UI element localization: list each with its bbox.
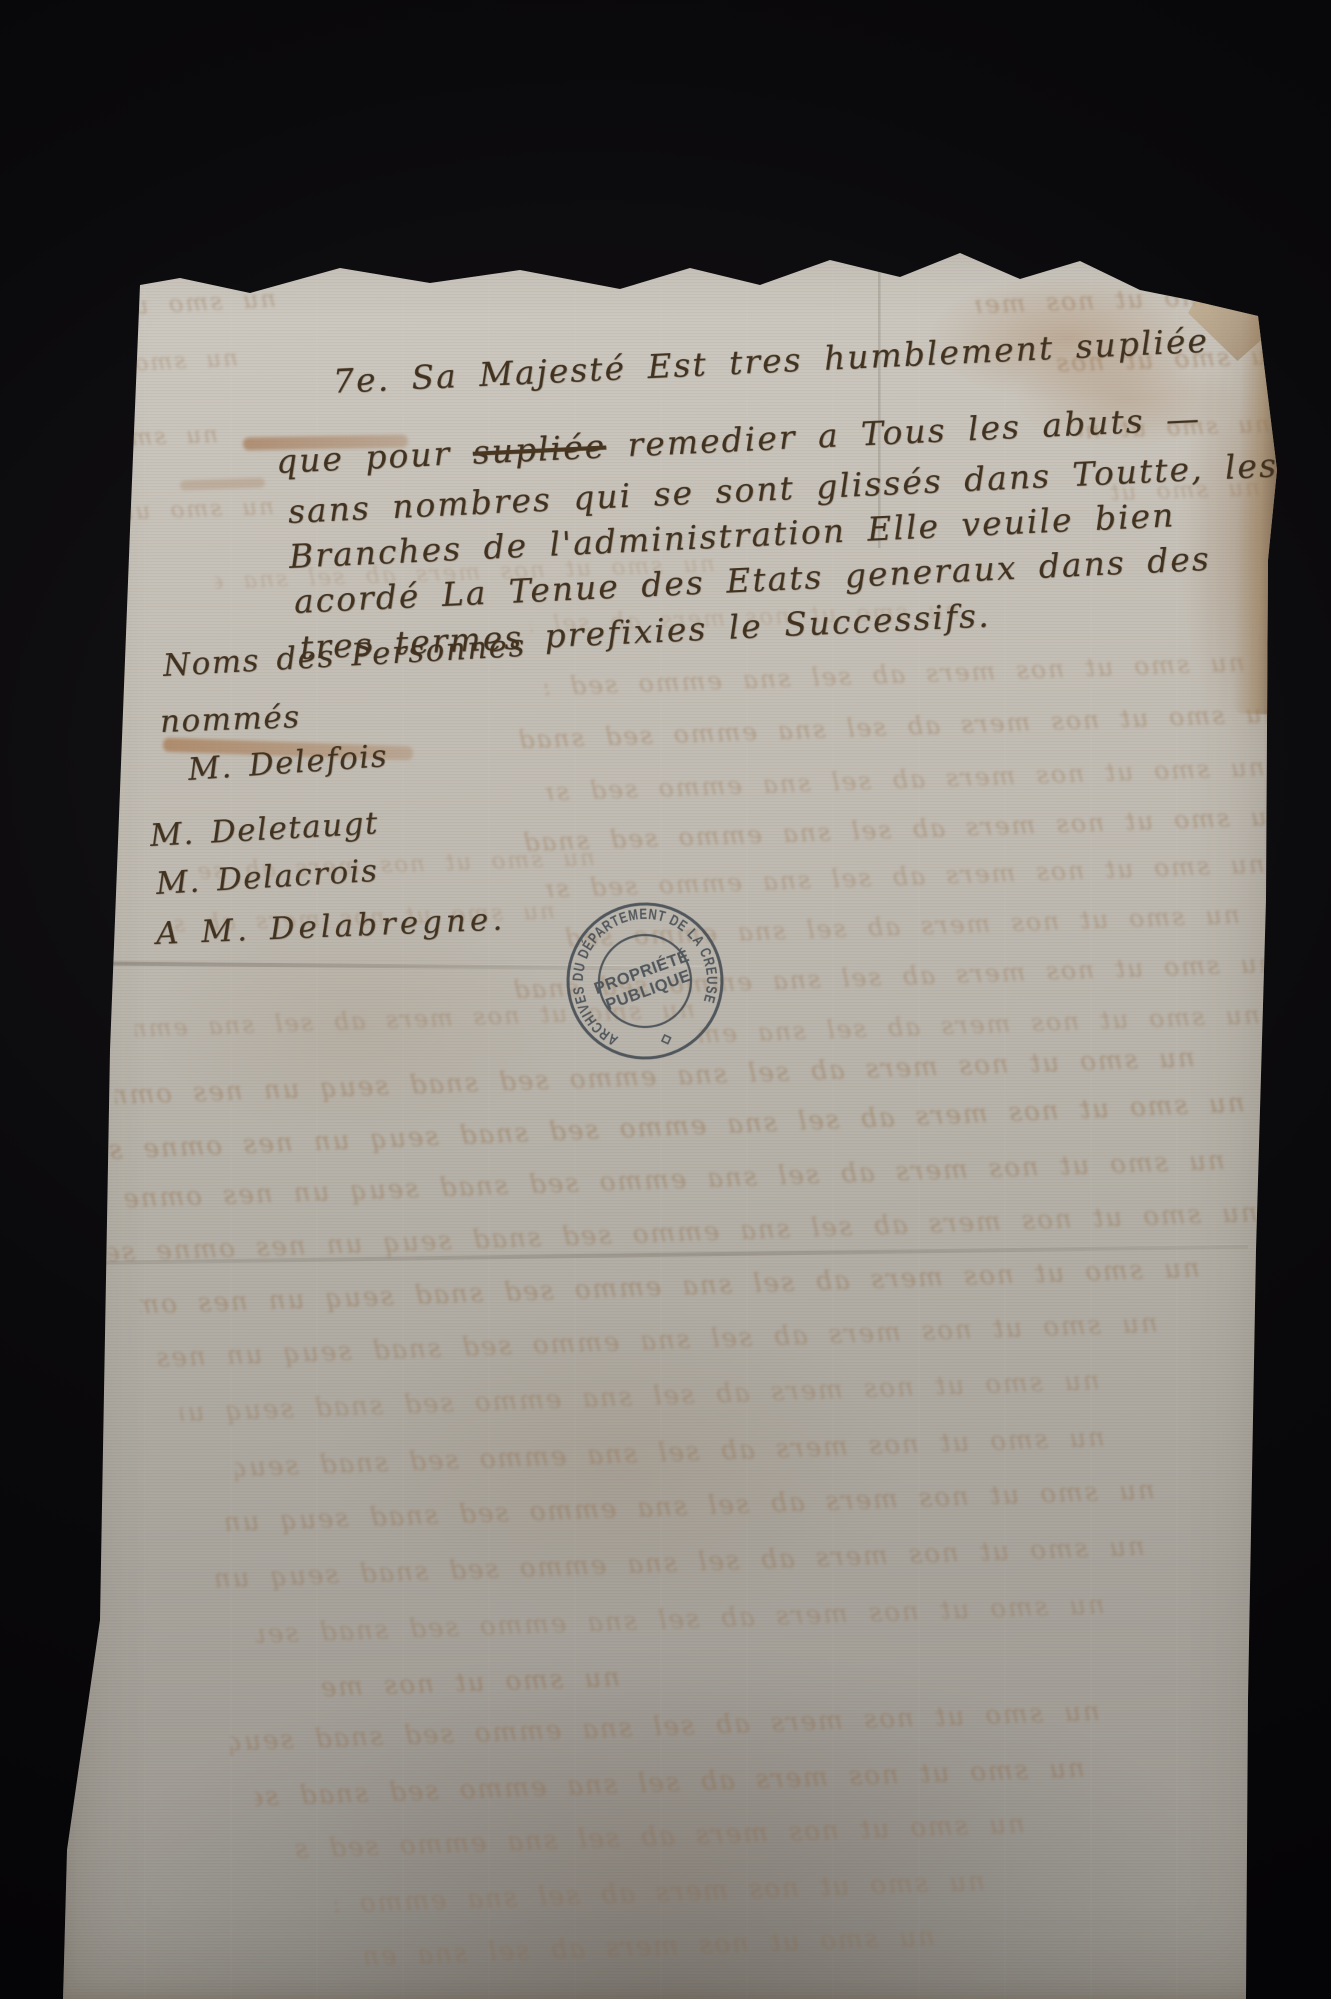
bleedthrough-line: nu smo ut nos mers ab sel sna emmo sed s… bbox=[125, 1146, 1225, 1217]
archive-stamp: ARCHIVES DU DÉPARTEMENT DE LA CREUSE PRO… bbox=[530, 866, 761, 1097]
manuscript-page: nu smo ut nos mers abnu smo ut nos mers … bbox=[58, 226, 1280, 1999]
bleedthrough-line: nu smo ut nos mers ab sel sna bbox=[975, 280, 1276, 322]
bleedthrough-line: nu smo ut nos mers ab sel sna emmo sed s… bbox=[235, 1423, 1106, 1486]
bleedthrough-line: nu smo ut nos mers ab sel sna emmo sed s… bbox=[520, 699, 1281, 757]
bleedthrough-line: nu smo ut nos mers ab sel sna emmo sed s… bbox=[545, 752, 1266, 808]
name-entry: M. Delefois bbox=[187, 738, 389, 788]
bleedthrough-line: nu smo ut nos mers ab sel sna emmo sed s… bbox=[140, 1254, 1200, 1323]
bleedthrough-line: nu smo ut nos mers ab sel sna emmo sed s… bbox=[215, 1532, 1146, 1597]
bleedthrough-line: nu smo ut nos mers ab sel sna emmo sed s… bbox=[158, 1309, 1159, 1376]
bleedthrough-line: nu smo ut nos mers ab sel sna emmo sed s… bbox=[515, 802, 1286, 860]
right-edge-fold bbox=[1233, 304, 1286, 715]
bleedthrough-line: nu smo ut nos mers ab sel sn bbox=[320, 1663, 621, 1706]
petition-line-1: 7e. Sa Majesté Est tres humblement supli… bbox=[332, 321, 1210, 401]
bleedthrough-line: nu smo ut nos mers ab sel sna emmo sed s… bbox=[108, 1198, 1258, 1271]
bleedthrough-line: nu smo ut nos mers ab sel sna emmo sed s… bbox=[295, 1809, 1026, 1867]
bleedthrough-line: nu smo ut nos mers ab sel sna emmo sed s… bbox=[365, 1922, 936, 1974]
name-entry: M. Delacrois bbox=[155, 853, 379, 902]
torn-edge-highlight bbox=[56, 1627, 94, 1860]
ink-smear-faint bbox=[180, 478, 265, 491]
petition-line-2-start: que pour bbox=[275, 433, 474, 481]
bleedthrough-line: nu smo ut nos mers ab sel sna emmo sed s… bbox=[255, 1590, 1106, 1652]
name-entry: M. Deletaugt bbox=[149, 805, 380, 854]
bleedthrough-line: nu smo ut nos mers ab sel sna emmo sed s… bbox=[545, 648, 1246, 704]
names-heading-line-2: nommés bbox=[159, 699, 301, 740]
crossed-out-word: supliée bbox=[472, 426, 607, 471]
bleedthrough-line: nu smo ut nos mers ab se bbox=[44, 494, 275, 531]
bleedthrough-line: nu smo ut nos mers ab sel sna emmo sed s… bbox=[255, 1754, 1086, 1815]
name-entry: A M. Delabregne. bbox=[155, 901, 507, 952]
bleedthrough-line: nu smo ut nos mers ab sel sna emmo sed s… bbox=[180, 1366, 1101, 1431]
bleedthrough-line: nu smo ut nos mers ab bbox=[65, 285, 276, 326]
bleedthrough-line: nu smo ut nos mers ab sel sna emmo sed s… bbox=[335, 1867, 986, 1922]
bleedthrough-line: nu smo ut nos mers bbox=[57, 345, 238, 383]
photo-background: nu smo ut nos mers abnu smo ut nos mers … bbox=[0, 0, 1331, 1999]
fold-crease-horizontal-lower bbox=[63, 1244, 1248, 1266]
bleedthrough-line: nu smo ut nos mers ab sel sna emmo sed s… bbox=[205, 1475, 1156, 1541]
bleedthrough-line: nu smo ut nos mers bbox=[48, 422, 219, 457]
bleedthrough-line: nu smo ut nos mers ab sel sna emmo sed s… bbox=[700, 1000, 1261, 1051]
bleedthrough-line: nu smo ut nos mers ab sel sna emmo sed s… bbox=[230, 1697, 1101, 1760]
stamp-diamond-mark bbox=[662, 1035, 671, 1044]
bleedthrough-line: nu smo ut nos mers ab sel sna emmo sed s… bbox=[105, 1088, 1245, 1168]
